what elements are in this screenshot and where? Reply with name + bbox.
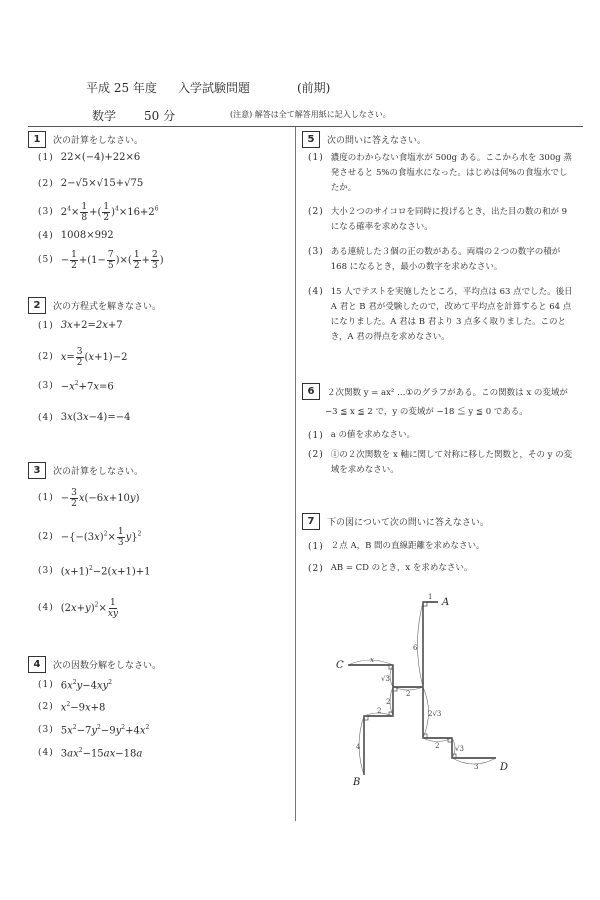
length-label-left-step: 2 [377, 707, 381, 715]
point-C: C [336, 660, 344, 671]
length-label-long-vertical: 6 [413, 644, 418, 652]
length-label-b-vertical: 4 [356, 743, 361, 751]
length-label-top: 1 [428, 593, 432, 601]
length-label-d-drop: √3 [455, 745, 464, 753]
length-label-right-vertical: 2√3 [428, 710, 441, 718]
length-label-mid-horizontal: 2 [406, 690, 410, 698]
length-label-x: x [370, 656, 374, 664]
length-label-right-step: 2 [435, 742, 439, 750]
length-label-d-horizontal: 3 [474, 763, 478, 771]
length-label-c-drop: √3 [381, 675, 390, 683]
staircase-diagram: 1 6 x √3 2 2 2 4 2√3 2 √3 3 A C B D [0, 0, 600, 900]
point-B: B [352, 777, 360, 788]
length-label-mid-vertical: 2 [386, 698, 390, 706]
point-A: A [441, 597, 449, 608]
point-D: D [499, 762, 508, 773]
